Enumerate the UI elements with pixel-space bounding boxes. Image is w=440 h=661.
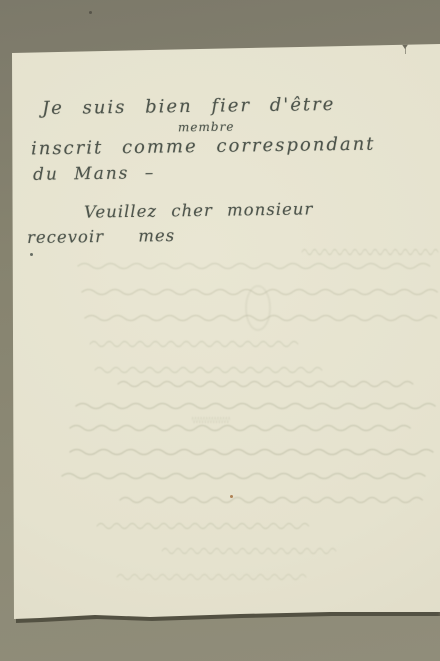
top-edge-crack — [405, 48, 406, 54]
background-speck — [89, 11, 92, 14]
handwriting-line-5: recevoir mes — [27, 226, 175, 247]
handwriting-line-3: du Mans – — [33, 163, 156, 185]
handwriting-line-1: Je suis bien fier d'être — [42, 94, 336, 119]
ink-speck — [30, 253, 33, 256]
letter-paper-page: Je suis bien fier d'être membre inscrit … — [0, 0, 440, 661]
foxing-fleck — [230, 495, 233, 498]
handwriting-interline-insertion: membre — [178, 120, 235, 135]
handwriting-line-4: Veuillez cher monsieur — [84, 199, 314, 221]
scan-photo-background: Je suis bien fier d'être membre inscrit … — [0, 0, 440, 661]
